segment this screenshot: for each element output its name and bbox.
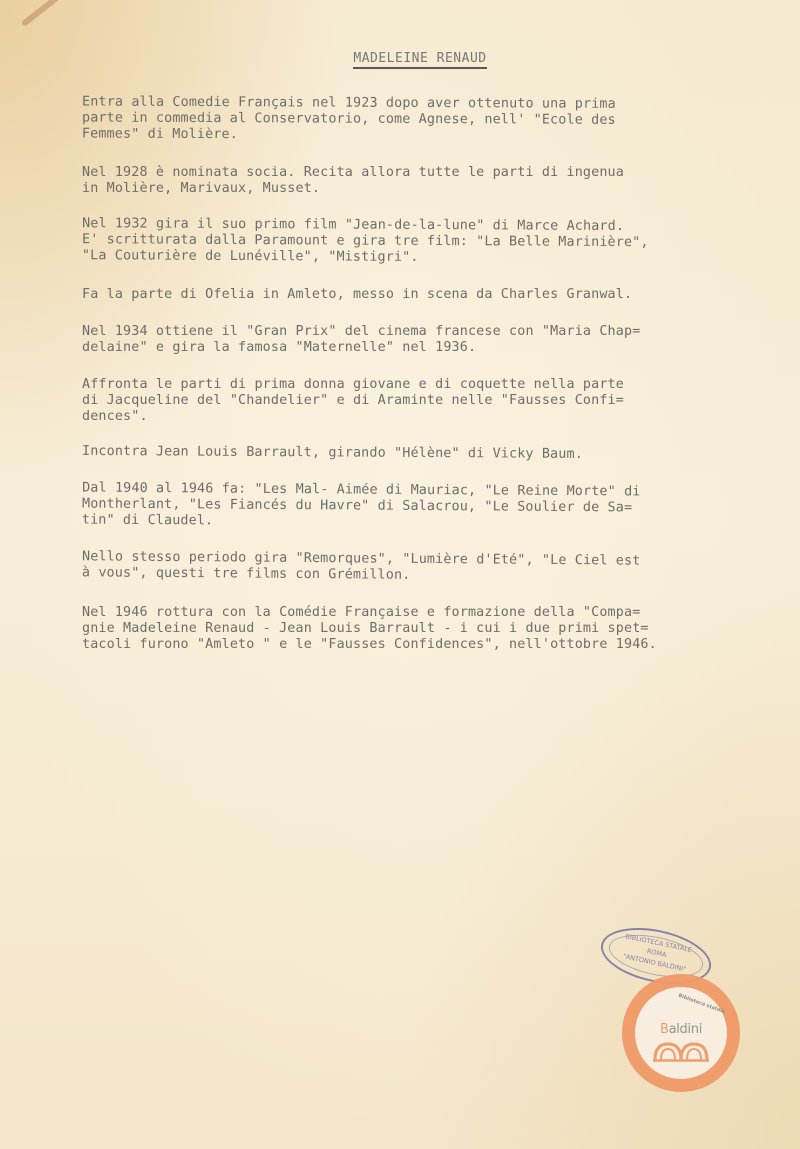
document-title-text: MADELEINE RENAUD [353,51,486,69]
document-title: MADELEINE RENAUD [0,51,800,69]
logo-brand: Baldini [635,1022,727,1037]
document-page: MADELEINE RENAUD Entra alla Comedie Fran… [0,0,800,1149]
logo-brand-rest: aldini [669,1022,703,1037]
logo-brand-initial: B [660,1022,669,1037]
logo-small-text: Biblioteca statale [677,993,726,1016]
paper-clip-mark [21,0,59,27]
paragraph-7: Incontra Jean Louis Barrault, girando "H… [82,444,782,464]
paragraph-2: Nel 1928 è nominata socia. Recita allora… [82,165,782,197]
paragraph-3: Nel 1932 gira il suo primo film "Jean-de… [82,216,782,268]
paragraph-10: Nel 1946 rottura con la Comédie Français… [82,605,782,653]
paragraph-5: Nel 1934 ottiene il "Gran Prix" del cine… [82,324,782,356]
paragraph-1: Entra alla Comedie Françaіs nel 1923 dop… [82,94,782,145]
baldini-logo: Biblioteca statale Baldini [622,974,740,1092]
paragraph-4: Fa la parte di Ofelia in Amleto, messo i… [82,287,782,303]
open-book-icon [653,1040,709,1062]
paragraph-9: Nello stesso periodo gira "Remorques", "… [82,549,782,586]
document-body: Entra alla Comedie Françaіs nel 1923 dop… [82,96,782,674]
paragraph-8: Dal 1940 al 1946 fa: "Les Mal- Aimée di … [82,481,782,534]
paragraph-6: Affronta le parti di prima donna giovane… [82,377,782,425]
